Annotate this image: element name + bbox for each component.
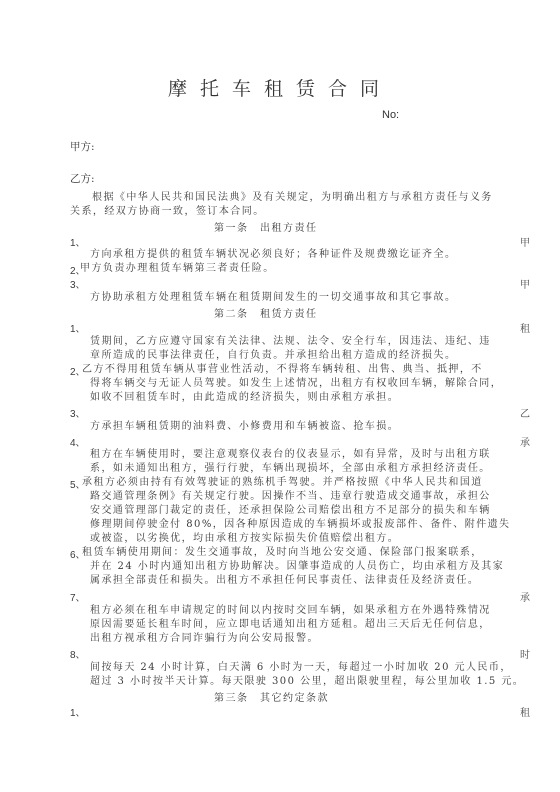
clause-line: 甲方负责办理租赁车辆第三者责任险。 <box>80 262 275 275</box>
clause-number: 3、 <box>70 276 86 291</box>
clause-line: 或被盗，以劣换优，均由承租方按实际损失价值赔偿出租方。 <box>90 532 399 545</box>
clause-line: 修理期间停驶金付 80%，因各种原因造成的车辆损坏或报废部件、备件、附件遗失 <box>90 518 511 531</box>
clause-line: 并在 24 小时内通知出租方协助解决。因肇事造成的人员伤亡，均由承租方及其家 <box>90 560 504 573</box>
clause-number: 1、 <box>70 320 86 335</box>
clause-wrap-char: 租 <box>520 704 530 719</box>
clause-line: 租方必须在租车申请规定的时间以内按时交回车辆，如果承租方在外遇特殊情况 <box>90 604 491 617</box>
clause-wrap-char: 乙 <box>520 405 530 420</box>
clause-line: 属承担全部责任和损失。出租方不承担任何民事责任、法律责任及经济责任。 <box>90 574 479 587</box>
clause-number: 8、 <box>70 646 86 661</box>
clause-wrap-char: 甲 <box>520 276 530 291</box>
clause-line: 赁期间，乙方应遵守国家有关法律、法规、法令、安全行车，因违法、违纪、违 <box>90 335 491 348</box>
clause-line: 原因需要延长租车时间，应立即电话通知出租方延租。超出三天后无任何信息， <box>90 618 491 631</box>
clause-line: 乙方不得用租赁车辆从事营业性活动，不得将车辆转租、出售、典当、抵押，不 <box>82 363 483 376</box>
contract-page: 摩托车租赁合同 No: 甲方: 乙方: 根据《中华人民共和国民法典》及有关规定，… <box>0 0 560 792</box>
clause-line: 如收不回租赁车时，由此造成的经济损失，则由承租方承担。 <box>90 391 399 404</box>
clause-wrap-char: 承 <box>520 434 530 449</box>
party-b-label: 乙方: <box>70 171 95 186</box>
clause-line: 超过 3 小时按半天计算。每天限驶 300 公里，超出限驶里程，每公里加收 1.… <box>90 675 524 688</box>
article-heading: 第二条 租赁方责任 <box>214 305 318 320</box>
clause-line: 方协助承租方处理租赁车辆在租赁期间发生的一切交通事故和其它事故。 <box>90 291 456 304</box>
clause-wrap-char: 时 <box>520 646 530 661</box>
clause-line: 路交通管理条例》有关规定行驶。因操作不当、违章行驶造成交通事故，承担公 <box>90 490 491 503</box>
clause-number: 4、 <box>70 434 86 449</box>
preamble-line: 根据《中华人民共和国民法典》及有关规定，为明确出租方与承租方责任与义务 <box>92 191 493 204</box>
clause-line: 方承担车辆租赁期的油料费、小修费用和车辆被盗、抢车损。 <box>90 420 399 433</box>
party-a-label: 甲方: <box>70 139 95 154</box>
clause-line: 章所造成的民事法律责任，自行负责。并承担给出租方造成的经济损失。 <box>90 349 456 362</box>
clause-line: 出租方视承租方合同诈骗行为向公安局报警。 <box>90 632 319 645</box>
clause-line: 安交通管理部门裁定的责任，还承担保险公司赔偿出租方不足部分的损失和车辆 <box>90 504 491 517</box>
clause-line: 间按每天 24 小时计算，白天满 6 小时为一天，每超过一小时加收 20 元人民… <box>90 661 512 674</box>
clause-line: 系，如未通知出租方，强行行驶，车辆出现损坏，全部由承租方承担经济责任。 <box>90 462 491 475</box>
clause-number: 3、 <box>70 405 86 420</box>
clause-wrap-char: 承 <box>520 589 530 604</box>
article-heading: 第三条 其它约定条款 <box>214 689 329 704</box>
article-heading: 第一条 出租方责任 <box>214 219 318 234</box>
clause-line: 承租方必须由持有有效驾驶证的熟练机手驾驶。并严格按照《中华人民共和国道 <box>82 476 483 489</box>
clause-line: 租赁车辆使用期间：发生交通事故，及时向当地公安交通、保险部门报案联系， <box>82 546 483 559</box>
clause-wrap-char: 租 <box>520 320 530 335</box>
clause-number: 1、 <box>70 704 86 719</box>
contract-number-label: No: <box>382 109 399 121</box>
clause-number: 7、 <box>70 589 86 604</box>
preamble-line: 关系，经双方协商一致，签订本合同。 <box>70 205 265 218</box>
clause-line: 得将车辆交与无证人员驾驶。如发生上述情况，出租方有权收回车辆，解除合同， <box>90 377 502 390</box>
clause-number: 1、 <box>70 234 86 249</box>
clause-wrap-char: 甲 <box>520 234 530 249</box>
document-title: 摩托车租赁合同 <box>0 74 560 101</box>
clause-line: 方向承租方提供的租赁车辆状况必须良好；各种证件及规费缴讫证齐全。 <box>90 248 456 261</box>
clause-line: 租方在车辆使用时，要注意观察仪表台的仪表显示，如有异常，及时与出租方联 <box>90 448 491 461</box>
